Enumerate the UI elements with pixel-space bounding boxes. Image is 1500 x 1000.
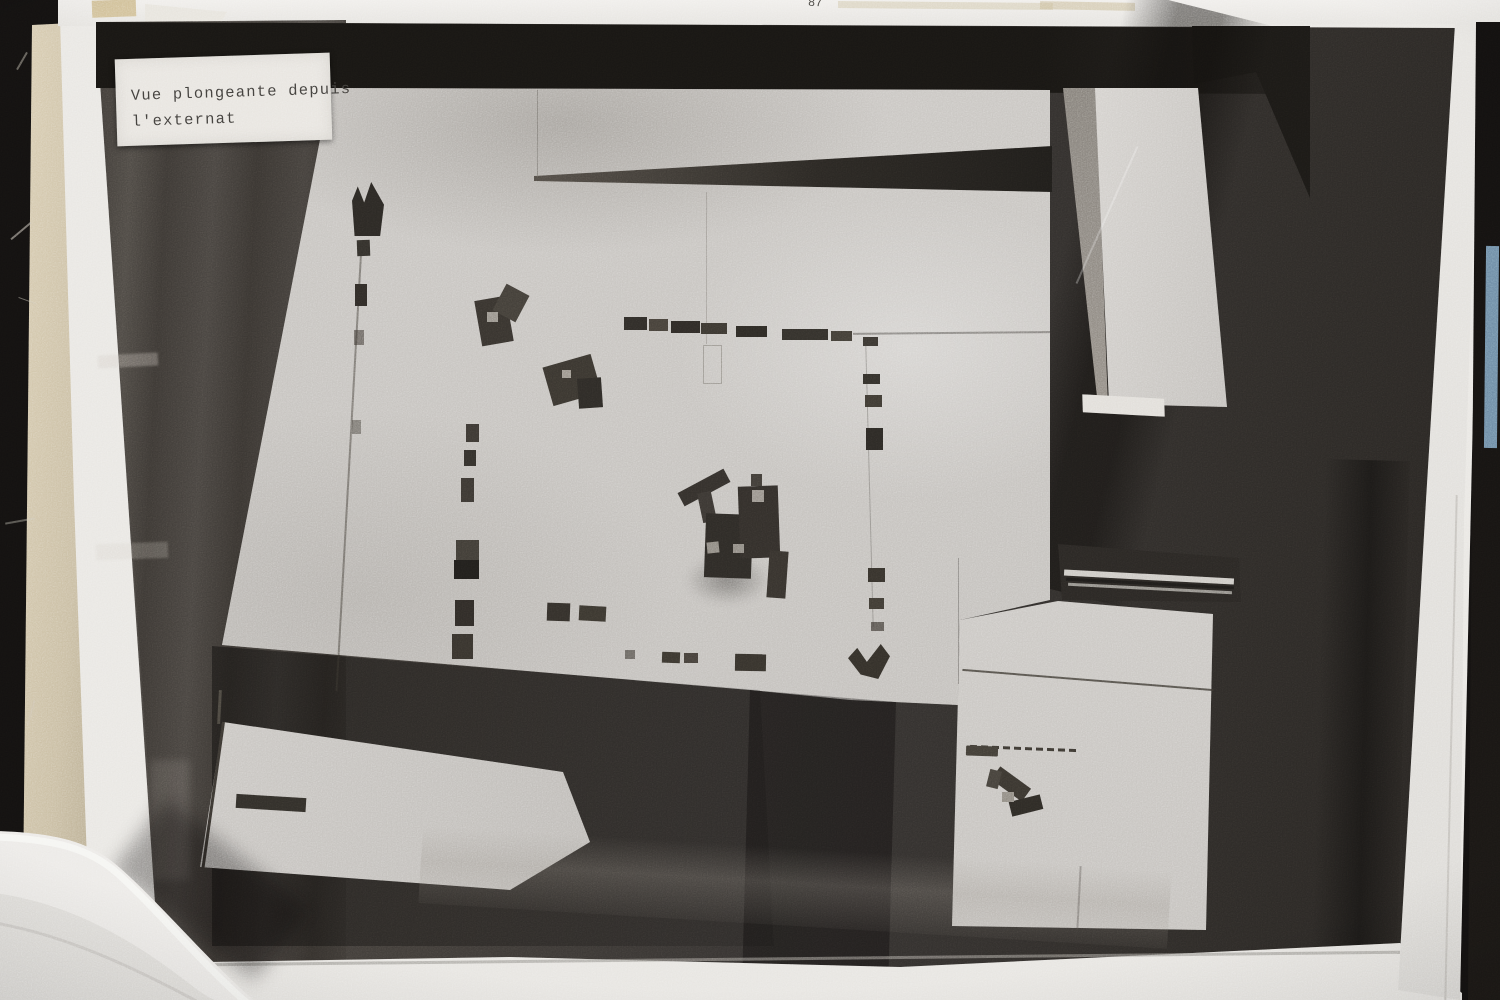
model-block [456,540,479,561]
crease-line [958,558,959,684]
model-roof-highlight [562,370,571,378]
model-block [624,317,647,330]
crease-line [537,90,538,178]
model-piece [577,377,603,409]
model-block [625,650,635,659]
model-block [671,321,700,333]
model-block [736,326,767,337]
model-block [355,284,367,306]
curled-paper-roll [0,823,275,1000]
building-footprint-outline [703,345,722,384]
model-block [735,654,766,672]
model-block [455,600,474,626]
model-block [863,374,880,384]
model-roof-highlight [1002,792,1014,802]
yellowed-tab [92,0,137,18]
model-roof-highlight [752,490,764,502]
model-block [871,622,884,631]
scuff-mark [96,542,169,561]
model-building-leg [766,550,788,598]
model-block [354,330,364,345]
model-block [868,568,885,582]
model-block [547,603,571,622]
page-number: 87 [808,0,823,10]
model-block [701,323,727,334]
model-block [782,329,828,340]
model-block [352,420,361,434]
model-block [461,478,474,502]
model-roof-highlight [706,541,719,553]
archive-photo-of-document-page: 87 [0,0,1500,1000]
model-block [466,424,479,442]
model-block [866,428,883,450]
model-roof-highlight [733,544,744,553]
model-block [464,450,476,466]
model-block [863,337,878,346]
scratch-mark [10,222,31,240]
crease-line [706,192,707,344]
model-roof-highlight [487,312,498,322]
model-block [649,319,668,331]
model-block [869,598,884,609]
dark-right-streak [1311,459,1410,991]
caption-line-2: l'externat [131,103,332,135]
blue-binder-strip [1484,246,1499,448]
scratch-mark [16,52,28,70]
model-block [662,652,680,664]
paper-stain [1040,1,1135,11]
caption-label: Vue plongeante depuis l'externat [115,53,333,147]
model-fence-label [966,745,998,756]
model-block [684,653,698,663]
model-block [454,560,479,579]
model-block [831,331,852,341]
model-block [751,474,762,486]
model-block [865,395,882,407]
model-block [452,634,473,659]
model-block [579,605,607,621]
model-block [357,240,371,256]
